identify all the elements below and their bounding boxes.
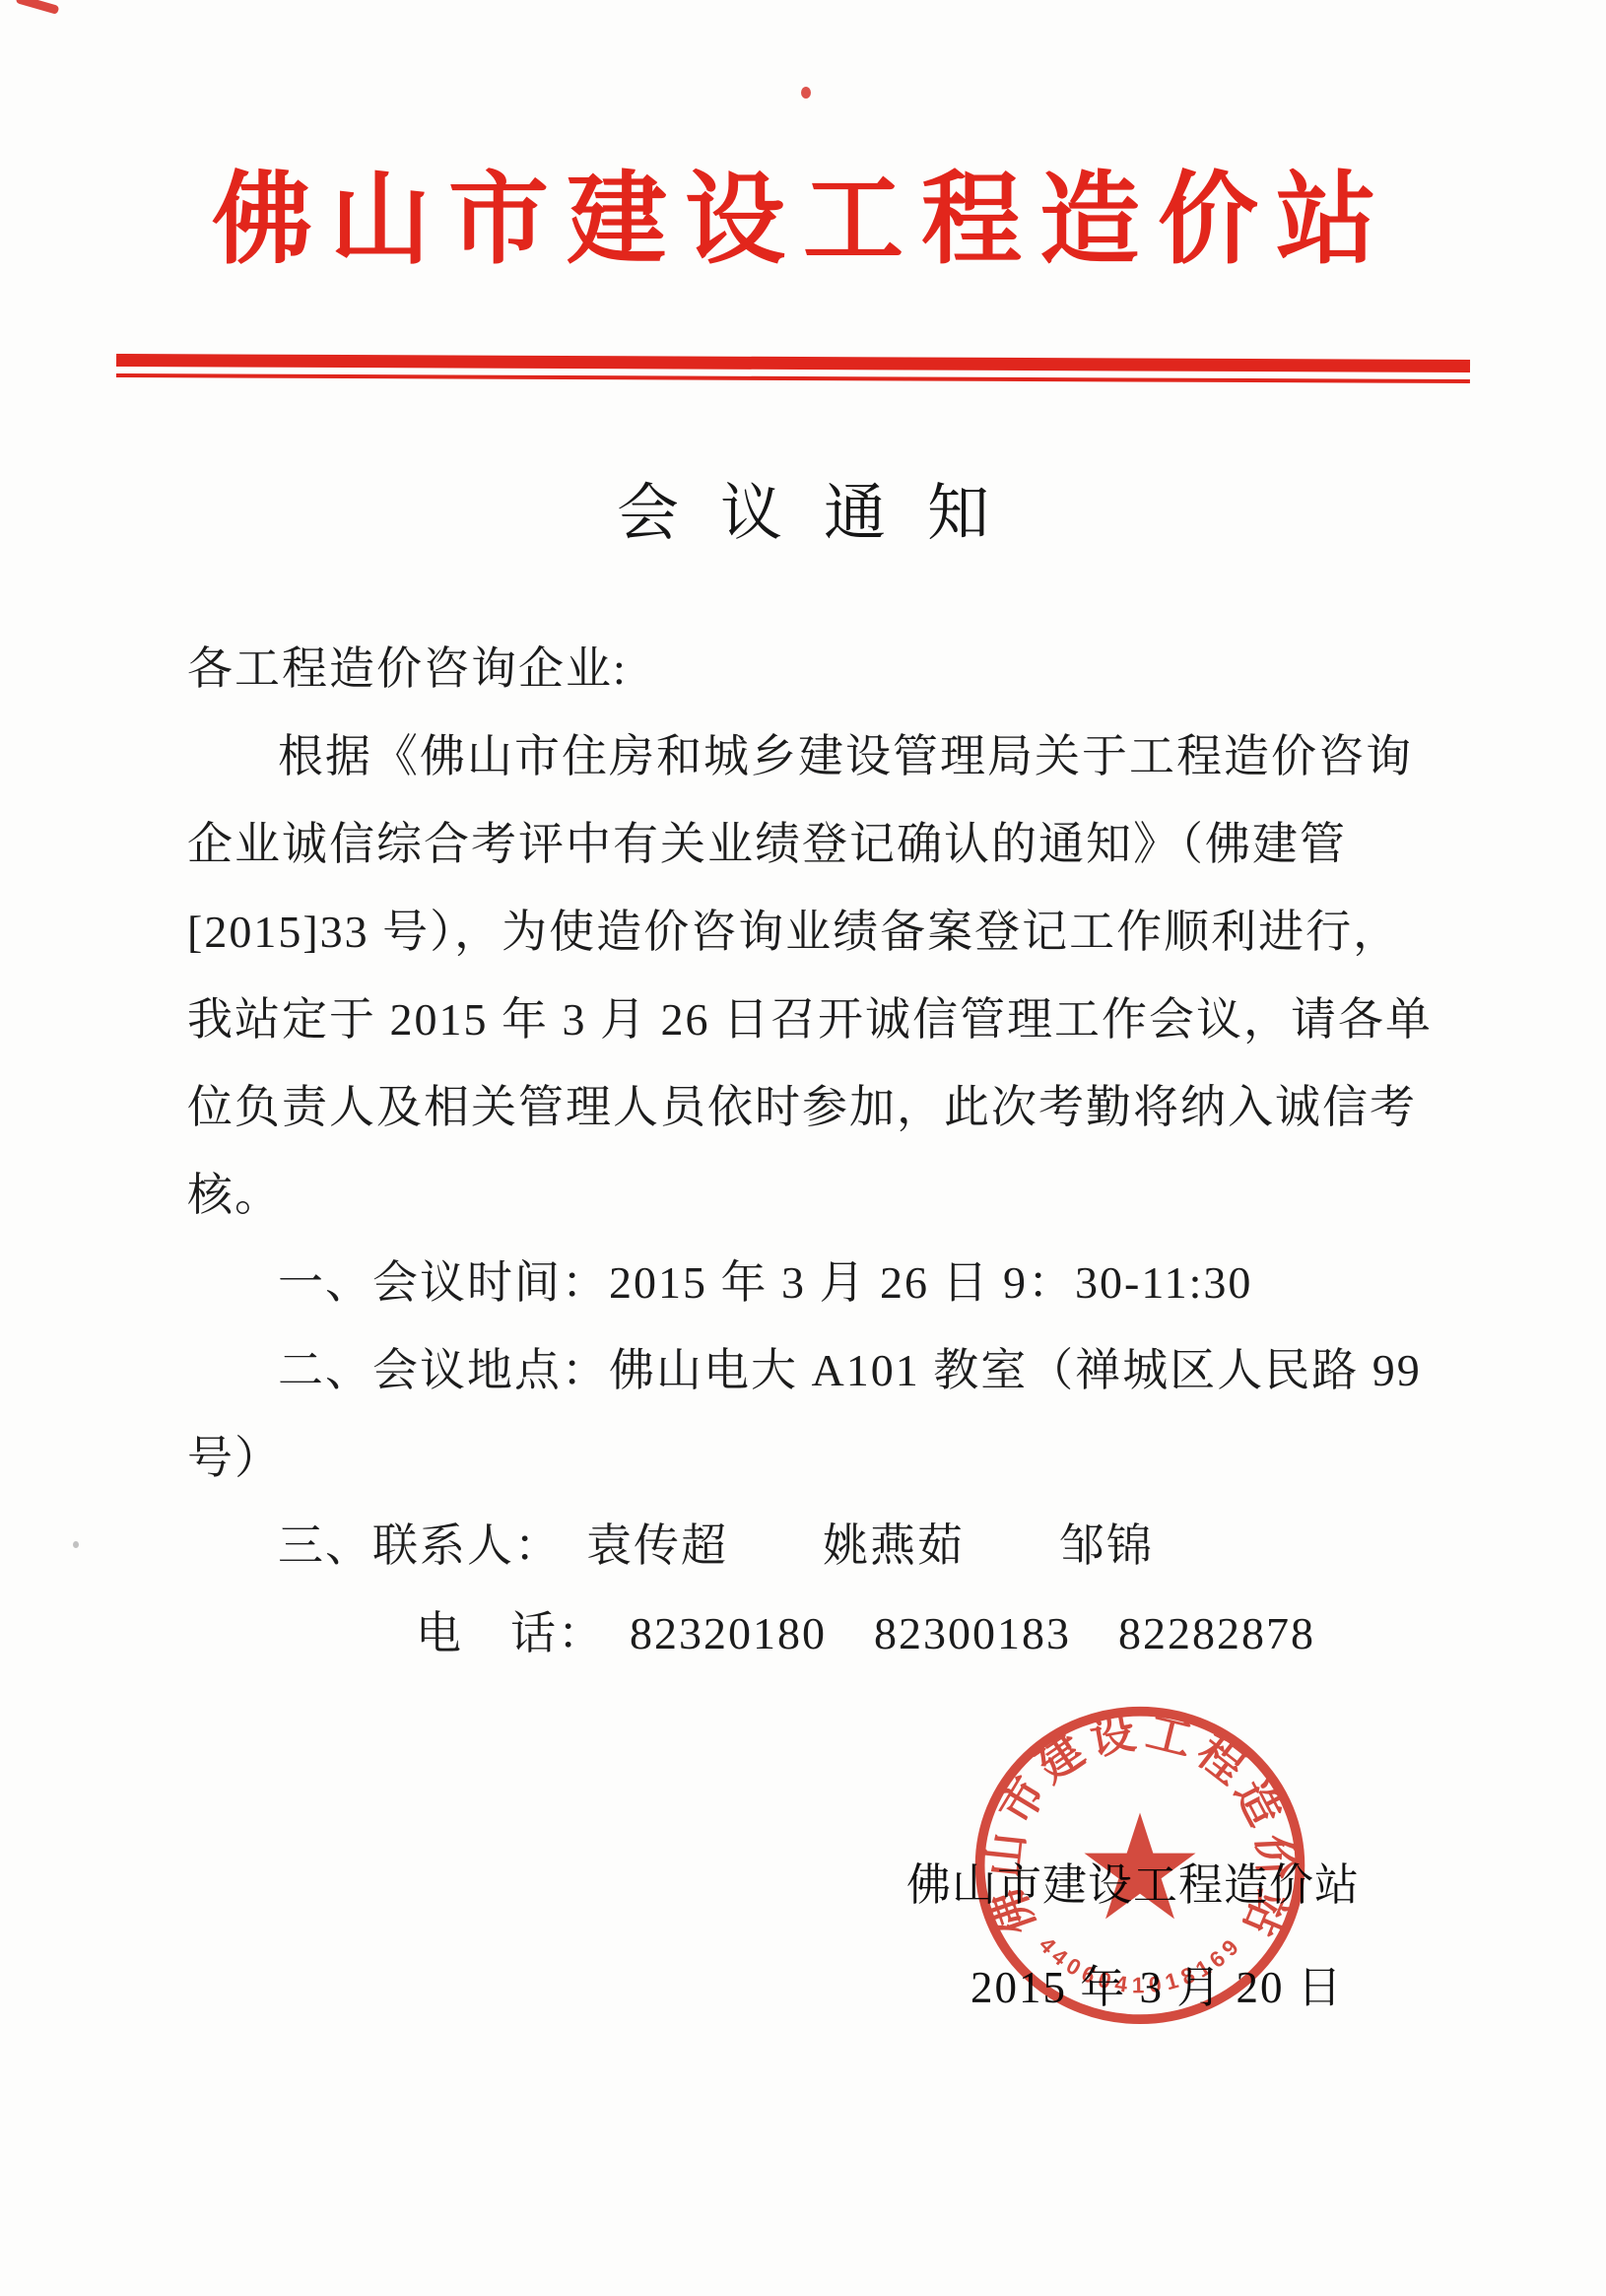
notice-body: 各工程造价咨询企业: 根据《佛山市住房和城乡建设管理局关于工程造价咨询 企业诚信… [187, 625, 1431, 1677]
meeting-time-line: 一、会议时间：2015 年 3 月 26 日 9：30-11:30 [187, 1239, 1431, 1326]
divider-thick-line [116, 354, 1470, 372]
divider-thin-line [116, 373, 1470, 383]
seal-star-icon [1084, 1813, 1195, 1920]
svg-text:4406041018169: 4406041018169 [1035, 1931, 1247, 1998]
body-line: 我站定于 2015 年 3 月 26 日召开诚信管理工作会议，请各单 [187, 976, 1431, 1063]
official-seal: 佛山市建设工程造价站 4406041018169 [958, 1697, 1322, 2038]
meeting-place-line: 二、会议地点：佛山电大 A101 教室（禅城区人民路 99 [187, 1326, 1431, 1414]
letterhead-title: 佛山市建设工程造价站 [0, 140, 1606, 284]
seal-serial-number: 4406041018169 [1035, 1931, 1247, 1998]
body-line: [2015]33 号），为使造价咨询业绩备案登记工作顺利进行， [187, 888, 1431, 976]
contacts-line: 三、联系人： 袁传超 姚燕茹 邹锦 [187, 1502, 1431, 1589]
document-title: 会议通知 [0, 463, 1606, 553]
body-line: 企业诚信综合考评中有关业绩登记确认的通知》（佛建管 [187, 800, 1431, 888]
document-page: 佛山市建设工程造价站 会议通知 各工程造价咨询企业: 根据《佛山市住房和城乡建设… [0, 0, 1606, 2296]
body-line: 核。 [187, 1151, 1431, 1239]
seal-graphic: 佛山市建设工程造价站 4406041018169 [958, 1697, 1322, 2038]
scan-artifact [16, 0, 60, 15]
body-line: 根据《佛山市住房和城乡建设管理局关于工程造价咨询 [187, 712, 1431, 800]
scan-artifact [73, 1541, 79, 1548]
phone-numbers-line: 电 话： 82320180 82300183 82282878 [187, 1589, 1431, 1677]
salutation-line: 各工程造价咨询企业: [187, 625, 1431, 712]
scan-artifact [801, 87, 811, 99]
meeting-place-cont: 号） [187, 1414, 1431, 1502]
letterhead-divider [116, 354, 1470, 383]
body-line: 位负责人及相关管理人员依时参加，此次考勤将纳入诚信考 [187, 1063, 1431, 1151]
